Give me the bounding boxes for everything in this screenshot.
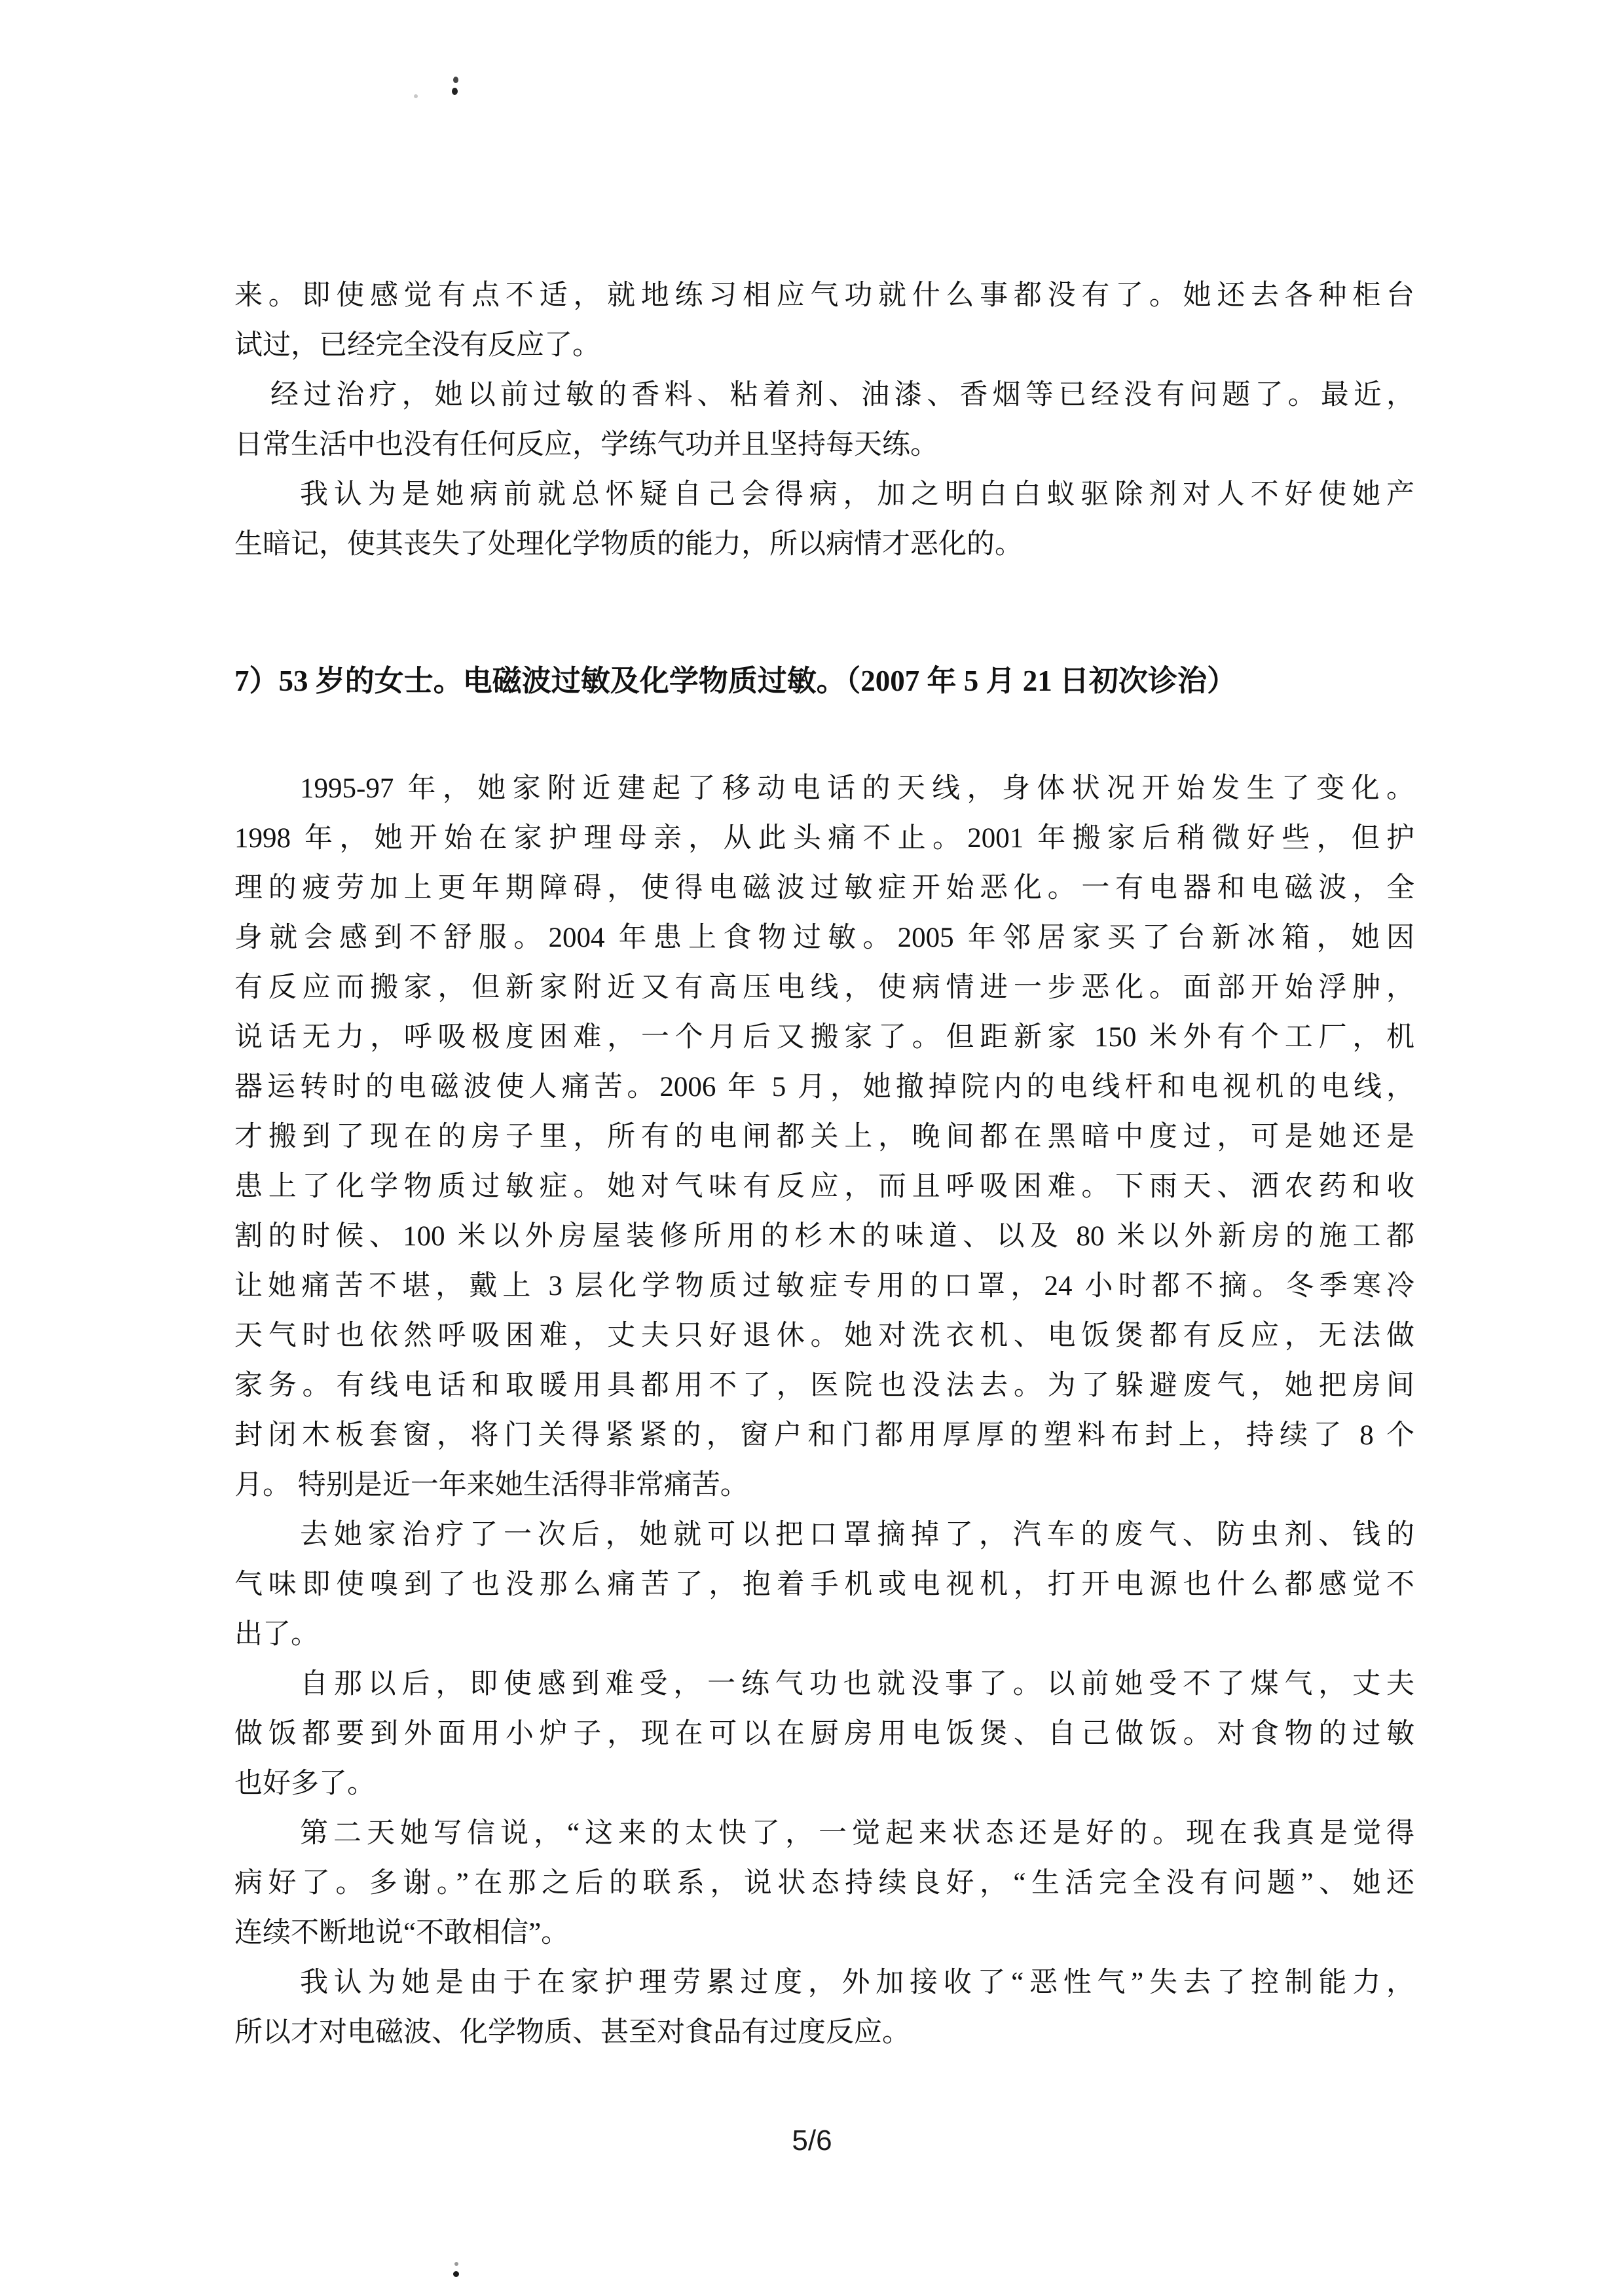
text-line: 月。 特别是近一年来她生活得非常痛苦。 (234, 1461, 1414, 1510)
text-line: 1998 年，她开始在家护理母亲，从此头痛不止。2001 年搬家后稍微好些，但护 (234, 814, 1414, 864)
text-line: 封闭木板套窗，将门关得紧紧的，窗户和门都用厚厚的塑料布封上，持续了 8 个 (234, 1411, 1414, 1461)
text-line: 理的疲劳加上更年期障碍，使得电磁波过敏症开始恶化。一有电器和电磁波，全 (234, 864, 1414, 913)
text-line: 我认为是她病前就总怀疑自己会得病，加之明白白蚁驱除剂对人不好使她产 (234, 470, 1414, 520)
scanned-document-page: 来。即使感觉有点不适，就地练习相应气功就什么事都没有了。她还去各种柜台试过，已经… (0, 0, 1624, 2296)
text-line: 患上了化学物质过敏症。她对气味有反应，而且呼吸困难。下雨天、洒农药和收 (234, 1162, 1414, 1212)
page-number: 5/6 (0, 2121, 1624, 2160)
text-line: 1995-97 年，她家附近建起了移动电话的天线，身体状况开始发生了变化。 (234, 764, 1414, 814)
scan-speck (452, 88, 458, 95)
text-line: 所以才对电磁波、化学物质、甚至对食品有过度反应。 (234, 2008, 1414, 2058)
text-line: 经过治疗，她以前过敏的香料、粘着剂、油漆、香烟等已经没有问题了。最近， (234, 371, 1414, 420)
para-continued-treatment-result: 来。即使感觉有点不适，就地练习相应气功就什么事都没有了。她还去各种柜台试过，已经… (234, 271, 1414, 371)
scan-speck (453, 2271, 459, 2277)
text-line: 说话无力，呼吸极度困难，一个月后又搬家了。但距新家 150 米外有个工厂，机 (234, 1013, 1414, 1063)
para-case7-letter: 第二天她写信说，“这来的太快了，一觉起来状态还是好的。现在我真是觉得病好了。多谢… (234, 1809, 1414, 1958)
text-line: 让她痛苦不堪，戴上 3 层化学物质过敏症专用的口罩，24 小时都不摘。冬季寒冷 (234, 1262, 1414, 1311)
scan-speck (453, 77, 458, 83)
text-line: 出了。 (234, 1610, 1414, 1660)
heading-case7: 7）53 岁的女士。电磁波过敏及化学物质过敏。（2007 年 5 月 21 日初… (234, 656, 1414, 706)
text-line: 生暗记，使其丧失了处理化学物质的能力，所以病情才恶化的。 (234, 520, 1414, 570)
text-line: 器运转时的电磁波使人痛苦。2006 年 5 月，她撤掉院内的电线杆和电视机的电线… (234, 1063, 1414, 1112)
text-line: 连续不断地说“不敢相信”。 (234, 1908, 1414, 1958)
text-line: 第二天她写信说，“这来的太快了，一觉起来状态还是好的。现在我真是觉得 (234, 1809, 1414, 1859)
para-case7-first-visit-result: 去她家治疗了一次后，她就可以把口罩摘掉了，汽车的废气、防虫剂、钱的气味即使嗅到了… (234, 1510, 1414, 1660)
para-doctor-opinion-previous-case: 我认为是她病前就总怀疑自己会得病，加之明白白蚁驱除剂对人不好使她产生暗记，使其丧… (234, 470, 1414, 570)
text-line: 割的时候、100 米以外房屋装修所用的杉木的味道、以及 80 米以外新房的施工都 (234, 1212, 1414, 1262)
heading-line: 7）53 岁的女士。电磁波过敏及化学物质过敏。（2007 年 5 月 21 日初… (234, 656, 1414, 706)
para-case7-after-treatment: 自那以后，即使感到难受，一练气功也就没事了。以前她受不了煤气，丈夫做饭都要到外面… (234, 1660, 1414, 1809)
text-line: 试过，已经完全没有反应了。 (234, 321, 1414, 371)
text-line: 有反应而搬家，但新家附近又有高压电线，使病情进一步恶化。面部开始浮肿， (234, 963, 1414, 1013)
text-line: 家务。有线电话和取暖用具都用不了，医院也没法去。为了躲避废气，她把房间 (234, 1361, 1414, 1411)
scan-speck (414, 94, 418, 98)
text-line: 去她家治疗了一次后，她就可以把口罩摘掉了，汽车的废气、防虫剂、钱的 (234, 1510, 1414, 1560)
text-line: 自那以后，即使感到难受，一练气功也就没事了。以前她受不了煤气，丈夫 (234, 1660, 1414, 1709)
para-after-treatment: 经过治疗，她以前过敏的香料、粘着剂、油漆、香烟等已经没有问题了。最近，日常生活中… (234, 371, 1414, 470)
text-line: 做饭都要到外面用小炉子，现在可以在厨房用电饭煲、自己做饭。对食物的过敏 (234, 1709, 1414, 1759)
text-line: 我认为她是由于在家护理劳累过度，外加接收了“恶性气”失去了控制能力， (234, 1958, 1414, 2008)
text-line: 天气时也依然呼吸困难，丈夫只好退休。她对洗衣机、电饭煲都有反应，无法做 (234, 1311, 1414, 1361)
text-line: 日常生活中也没有任何反应，学练气功并且坚持每天练。 (234, 420, 1414, 470)
para-case7-history: 1995-97 年，她家附近建起了移动电话的天线，身体状况开始发生了变化。199… (234, 764, 1414, 1510)
para-case7-doctor-opinion: 我认为她是由于在家护理劳累过度，外加接收了“恶性气”失去了控制能力，所以才对电磁… (234, 1958, 1414, 2058)
text-line: 身就会感到不舒服。2004 年患上食物过敏。2005 年邻居家买了台新冰箱，她因 (234, 913, 1414, 963)
text-line: 气味即使嗅到了也没那么痛苦了，抱着手机或电视机，打开电源也什么都感觉不 (234, 1560, 1414, 1610)
text-line: 才搬到了现在的房子里，所有的电闸都关上，晚间都在黑暗中度过，可是她还是 (234, 1112, 1414, 1162)
text-line: 病好了。多谢。”在那之后的联系，说状态持续良好，“生活完全没有问题”、她还 (234, 1859, 1414, 1908)
text-line: 也好多了。 (234, 1759, 1414, 1809)
scan-speck (454, 2262, 458, 2266)
text-column: 来。即使感觉有点不适，就地练习相应气功就什么事都没有了。她还去各种柜台试过，已经… (234, 271, 1414, 2058)
text-line: 来。即使感觉有点不适，就地练习相应气功就什么事都没有了。她还去各种柜台 (234, 271, 1414, 321)
